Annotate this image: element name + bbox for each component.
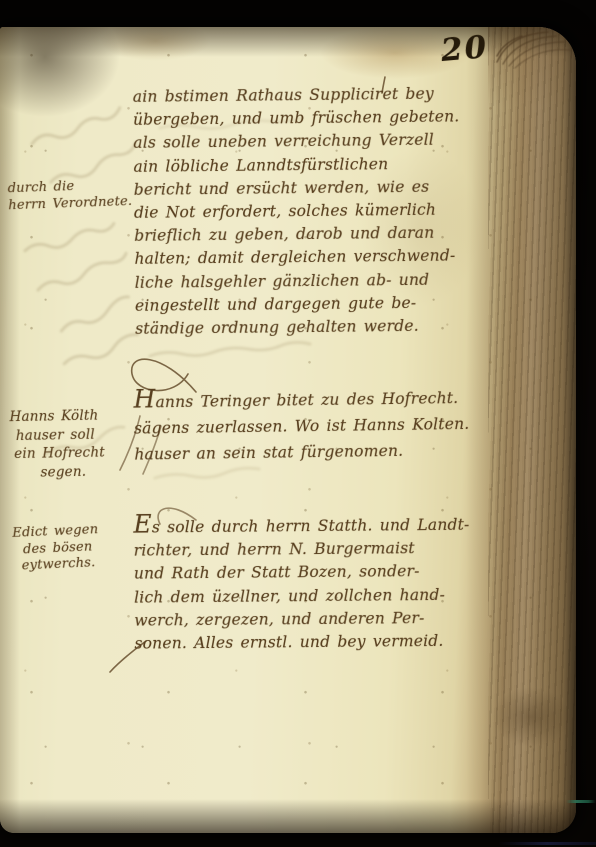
manuscript-line: sonen. Alles ernstl. und bey vermeid. xyxy=(134,629,506,655)
manuscript-line: richter, und herrn N. Burgermaist xyxy=(134,537,506,563)
text-block-2: Hanns Teringer bitet zu des Hofrecht. sä… xyxy=(133,384,506,467)
manuscript-line: halten; damit dergleichen verschwend- xyxy=(134,245,486,272)
manuscript-line: sägens zuerlassen. Wo ist Hanns Kolten. xyxy=(134,410,506,441)
manuscript-line: hauser an sein stat fürgenomen. xyxy=(134,436,506,467)
margin-note-2: Hanns Költh hauser soll ein Hofrecht seg… xyxy=(9,406,140,482)
manuscript-line: als solle uneben verreichung Verzell xyxy=(133,129,485,156)
margin-note-line: Hanns Költh xyxy=(9,406,139,427)
blue-edge-artifact xyxy=(498,842,596,845)
manuscript-line: ständige ordnung gehalten werde. xyxy=(135,314,487,341)
margin-note-3: Edict wegen des bösen eytwerchs. xyxy=(12,520,144,575)
manuscript-line: lich dem üzellner, und zollchen hand- xyxy=(134,583,506,609)
manuscript-photo: 20 durch die herrn Verordnete. Hanns Köl… xyxy=(0,0,596,847)
margin-note-line: segen. xyxy=(10,461,140,482)
manuscript-line: und Rath der Statt Bozen, sonder- xyxy=(134,560,506,586)
margin-note-line: hauser soll xyxy=(10,424,140,445)
text-block-3: Es solle durch herrn Statth. und Landt- … xyxy=(133,512,506,655)
page-number: 20 xyxy=(440,29,490,69)
margin-note-1: durch die herrn Verordnete. xyxy=(7,177,138,215)
text-block-1: ain bstimen Rathaus Suppliciret bey über… xyxy=(133,82,488,341)
green-edge-artifact xyxy=(566,800,596,803)
margin-note-line: ein Hofrecht xyxy=(10,443,140,464)
manuscript-line: werch, zergezen, und anderen Per- xyxy=(134,606,506,632)
manuscript-line: Es solle durch herrn Statth. und Landt- xyxy=(133,512,505,539)
